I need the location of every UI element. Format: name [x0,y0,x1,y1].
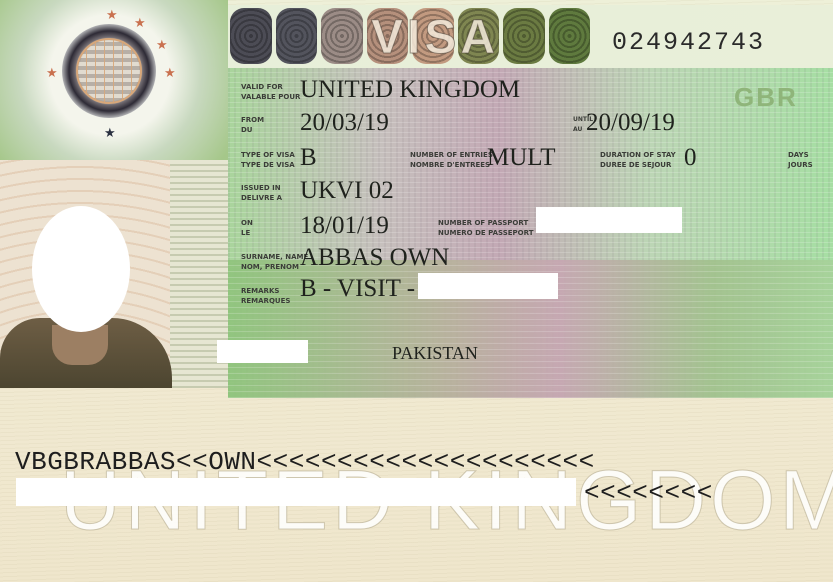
globe-icon [76,38,142,104]
value-from: 20/03/19 [300,110,389,135]
mrz-line-1: VBGBRABBAS<<OWN<<<<<<<<<<<<<<<<<<<<< [15,449,595,475]
label-number-of-passport: Number of passportNumero de passeport [438,218,533,238]
visa-logo-text: VISA [320,12,550,62]
passport-number-redaction [536,207,682,233]
label-surname-name: Surname, nameNom, prenom [241,252,308,272]
visa-number: 024942743 [612,28,765,57]
star-icon: ★ [104,126,116,139]
label-issued-in: Issued inDelivre a [241,183,282,203]
label-duration-of-stay: Duration of stayDuree de sejour [600,150,676,170]
label-days: DaysJours [788,150,813,170]
value-valid-for: UNITED KINGDOM [300,77,520,102]
value-type-of-visa: B [300,145,317,170]
value-nationality: PAKISTAN [392,344,478,362]
emblem-area: ★ ★ ★ ★ ★ ★ [0,0,228,170]
star-icon: ★ [106,8,118,21]
nationality-prefix-redaction [217,340,308,363]
visa-page: ★ ★ ★ ★ ★ ★ VISA 024942743 GBR Valid for… [0,0,833,582]
label-number-of-entries: Number of entriesNombre d'entrees [410,150,493,170]
label-remarks: RemarksRemarques [241,286,290,306]
label-type-of-visa: Type of visaType de visa [241,150,295,170]
value-number-of-entries: MULT [487,145,556,170]
face-redaction [32,206,130,332]
star-icon: ★ [164,66,176,79]
value-issued-in: UKVI 02 [300,178,394,203]
globe-emblem [62,24,156,118]
label-valid-for: Valid forValable pour [241,82,300,102]
star-icon: ★ [156,38,168,51]
mrz-line-2-suffix: <<<<<<<< [584,480,713,506]
country-code: GBR [734,82,798,113]
mrz-line-2-redaction [16,478,576,506]
label-from: FromDu [241,115,264,135]
value-duration-of-stay: 0 [684,145,697,170]
label-on: OnLe [241,218,253,238]
value-until: 20/09/19 [586,110,675,135]
value-surname-name: ABBAS OWN [300,245,449,270]
value-on: 18/01/19 [300,213,389,238]
star-icon: ★ [134,16,146,29]
value-remarks: B - VISIT - [300,276,415,301]
star-icon: ★ [46,66,58,79]
remarks-redaction [418,273,558,299]
